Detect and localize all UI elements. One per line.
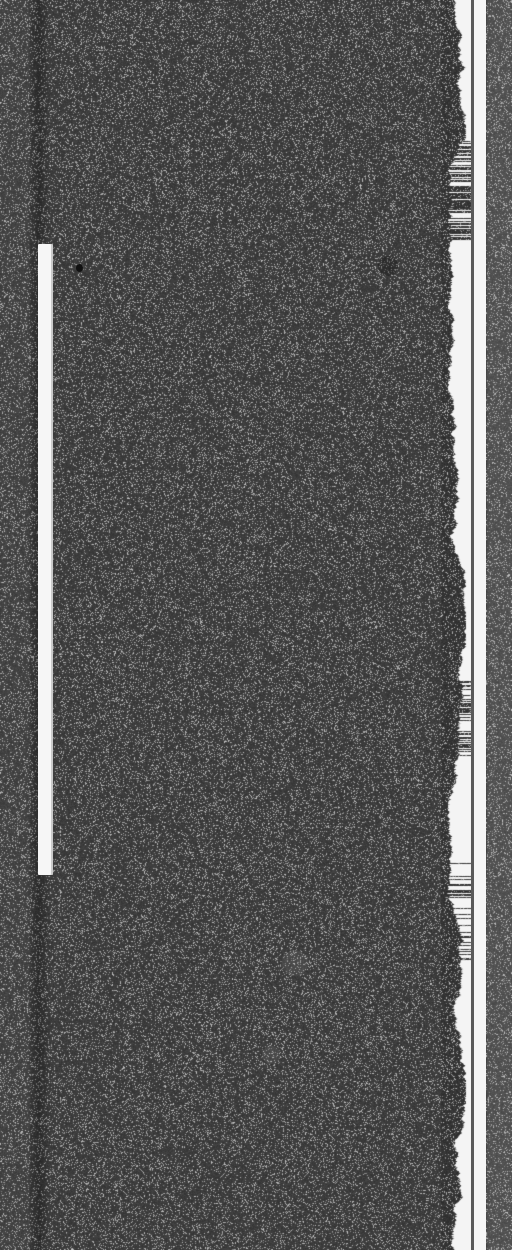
road-aerial-image xyxy=(0,0,512,1250)
solid-edge-line xyxy=(474,0,486,1250)
asphalt-surface xyxy=(0,0,512,1250)
worn-edge-paint xyxy=(446,0,472,1250)
faint-patch xyxy=(282,950,308,976)
dashed-lane-marking xyxy=(38,244,53,875)
oil-spot xyxy=(76,264,83,272)
faint-patch xyxy=(262,1046,280,1064)
shoulder-surface xyxy=(486,0,512,1250)
stain xyxy=(378,256,398,276)
